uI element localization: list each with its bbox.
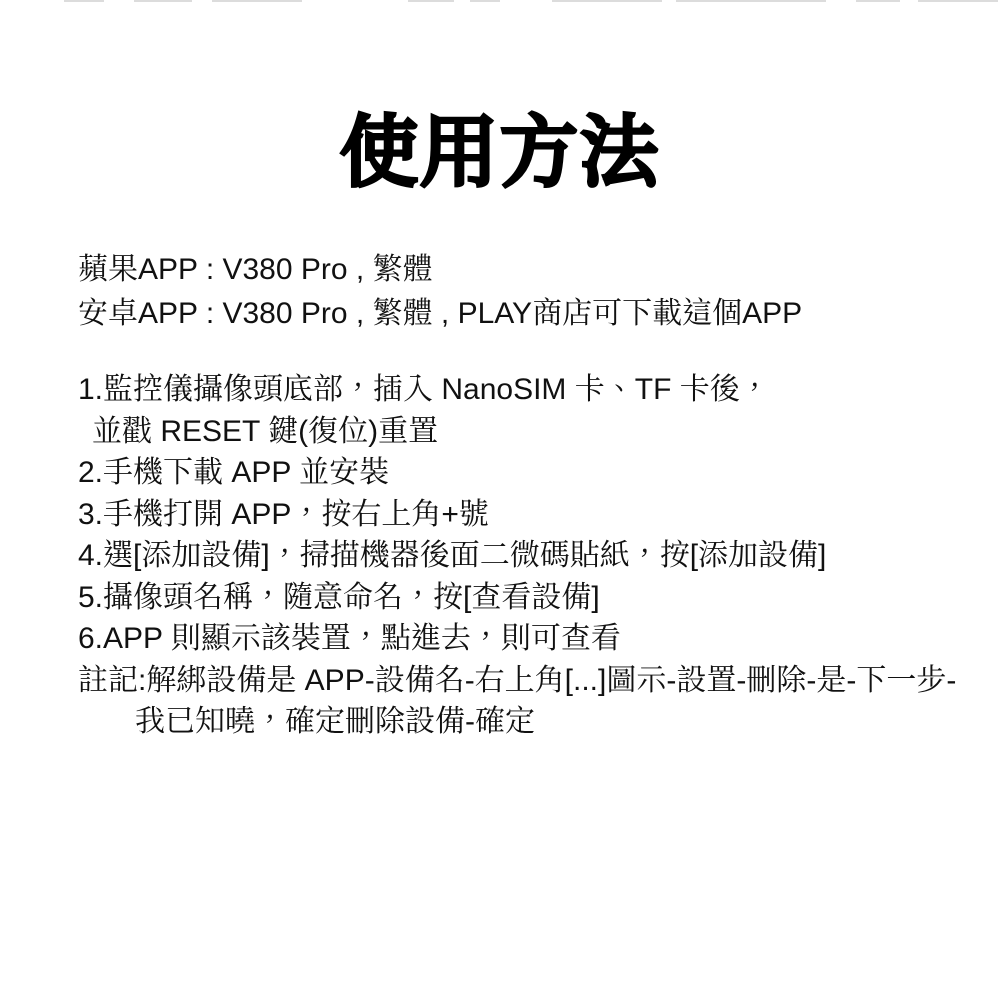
remnant-dash [64, 0, 104, 2]
step-1: 1.監控儀攝像頭底部，插入 NanoSIM 卡、TF 卡後， [78, 369, 956, 411]
page-title: 使用方法 [0, 106, 1000, 198]
remnant-dash [408, 0, 454, 2]
instruction-page: 使用方法 蘋果APP : V380 Pro , 繁體 安卓APP : V380 … [0, 0, 1000, 1000]
step-3: 3.手機打開 APP，按右上角+號 [78, 494, 956, 536]
app-info-block: 蘋果APP : V380 Pro , 繁體 安卓APP : V380 Pro ,… [78, 248, 802, 336]
step-6: 6.APP 則顯示該裝置，點進去，則可查看 [78, 618, 956, 660]
step-5: 5.攝像頭名稱，隨意命名，按[查看設備] [78, 577, 956, 619]
step-4: 4.選[添加設備]，掃描機器後面二微碼貼紙，按[添加設備] [78, 535, 956, 577]
remnant-dash [212, 0, 302, 2]
remnant-dash [134, 0, 192, 2]
steps-list: 1.監控儀攝像頭底部，插入 NanoSIM 卡、TF 卡後， 並戳 RESET … [78, 369, 956, 743]
remnant-dash [676, 0, 826, 2]
remnant-dash [552, 0, 662, 2]
app-info-ios: 蘋果APP : V380 Pro , 繁體 [78, 248, 802, 292]
step-2: 2.手機下載 APP 並安裝 [78, 452, 956, 494]
app-info-android: 安卓APP : V380 Pro , 繁體 , PLAY商店可下載這個APP [78, 292, 802, 336]
note-line-2: 我已知曉，確定刪除設備-確定 [78, 701, 956, 743]
remnant-dash [856, 0, 900, 2]
remnant-dash [918, 0, 998, 2]
remnant-dash [470, 0, 500, 2]
note-line-1: 註記:解綁設備是 APP-設備名-右上角[...]圖示-設置-刪除-是-下一步- [78, 660, 956, 702]
step-1-continued: 並戳 RESET 鍵(復位)重置 [78, 411, 956, 453]
